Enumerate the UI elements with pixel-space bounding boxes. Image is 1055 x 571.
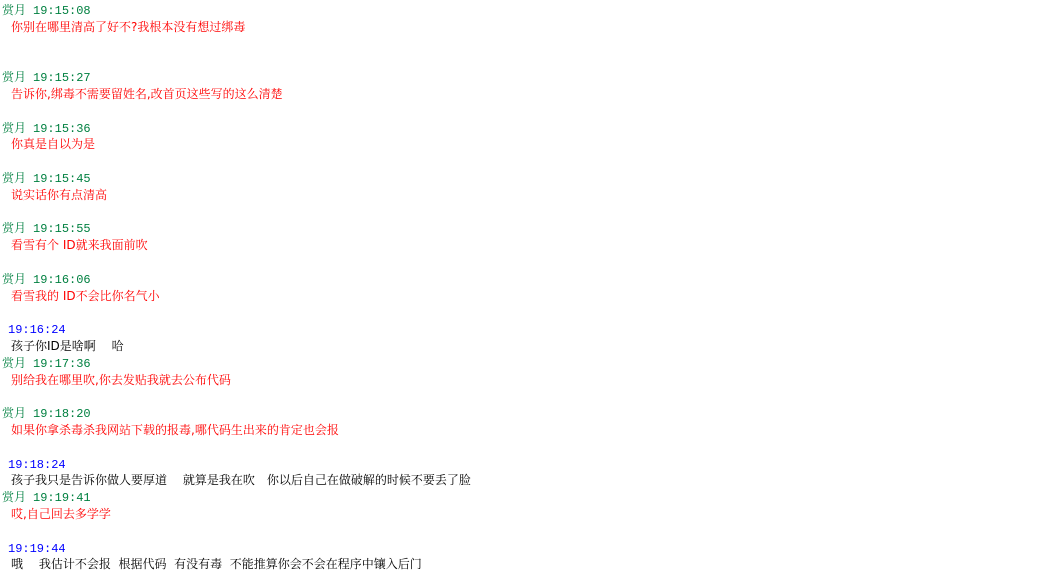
message-header: 赏月19:17:36 (0, 355, 1055, 372)
message-header: 赏月19:18:20 (0, 405, 1055, 422)
message-text: 如果你拿杀毒杀我网站下载的报毒,哪代码生出来的肯定也会报 (0, 422, 1055, 439)
message-text: 哦 我估计不会报 根据代码 有没有毒 不能推算你会不会在程序中镶入后门 (0, 556, 1055, 571)
chat-message: 赏月19:16:06 看雪我的 ID不会比你名气小 (0, 271, 1055, 305)
chat-message: 赏月19:18:20 如果你拿杀毒杀我网站下载的报毒,哪代码生出来的肯定也会报 (0, 405, 1055, 439)
message-header: 19:18:24 (0, 456, 1055, 473)
timestamp: 19:19:44 (8, 542, 66, 556)
message-text: 你别在哪里清高了好不?我根本没有想过绑毒 (0, 19, 1055, 36)
message-text: 哎,自己回去多学学 (0, 506, 1055, 523)
chat-message: 赏月19:19:41 哎,自己回去多学学 (0, 489, 1055, 523)
timestamp: 19:15:36 (33, 122, 91, 136)
chat-message: 赏月19:17:36 别给我在哪里吹,你去发贴我就去公布代码 (0, 355, 1055, 389)
message-text: 别给我在哪里吹,你去发贴我就去公布代码 (0, 372, 1055, 389)
chat-message: 19:18:24 孩子我只是告诉你做人要厚道 就算是我在吹 你以后自己在做破解的… (0, 456, 1055, 490)
timestamp: 19:15:55 (33, 222, 91, 236)
message-header: 赏月19:15:08 (0, 2, 1055, 19)
chat-message: 赏月19:15:55 看雪有个 ID就来我面前吹 (0, 220, 1055, 254)
timestamp: 19:18:24 (8, 458, 66, 472)
chat-message: 赏月19:15:36 你真是自以为是 (0, 120, 1055, 154)
sender-name: 赏月 (2, 356, 26, 370)
message-text: 你真是自以为是 (0, 136, 1055, 153)
timestamp: 19:15:45 (33, 172, 91, 186)
message-header: 赏月19:15:45 (0, 170, 1055, 187)
sender-name: 赏月 (2, 490, 26, 504)
chat-message: 赏月19:15:27 告诉你,绑毒不需要留姓名,改首页这些写的这么清楚 (0, 69, 1055, 103)
timestamp: 19:16:06 (33, 273, 91, 287)
message-header: 赏月19:15:55 (0, 220, 1055, 237)
chat-log: 赏月19:15:08 你别在哪里清高了好不?我根本没有想过绑毒 赏月19:15:… (0, 0, 1055, 571)
message-header: 赏月19:19:41 (0, 489, 1055, 506)
message-text: 孩子我只是告诉你做人要厚道 就算是我在吹 你以后自己在做破解的时候不要丢了脸 (0, 472, 1055, 489)
sender-name: 赏月 (2, 272, 26, 286)
sender-name: 赏月 (2, 171, 26, 185)
timestamp: 19:18:20 (33, 407, 91, 421)
message-header: 19:16:24 (0, 321, 1055, 338)
message-text: 看雪我的 ID不会比你名气小 (0, 288, 1055, 305)
sender-name: 赏月 (2, 406, 26, 420)
timestamp: 19:17:36 (33, 357, 91, 371)
sender-name: 赏月 (2, 70, 26, 84)
sender-name: 赏月 (2, 121, 26, 135)
sender-name: 赏月 (2, 221, 26, 235)
message-header: 赏月19:16:06 (0, 271, 1055, 288)
chat-message: 19:19:44 哦 我估计不会报 根据代码 有没有毒 不能推算你会不会在程序中… (0, 540, 1055, 571)
chat-message: 19:16:24 孩子你ID是啥啊 哈 (0, 321, 1055, 355)
timestamp: 19:15:27 (33, 71, 91, 85)
message-text: 孩子你ID是啥啊 哈 (0, 338, 1055, 355)
message-text: 告诉你,绑毒不需要留姓名,改首页这些写的这么清楚 (0, 86, 1055, 103)
sender-name: 赏月 (2, 3, 26, 17)
chat-message: 赏月19:15:08 你别在哪里清高了好不?我根本没有想过绑毒 (0, 2, 1055, 36)
message-header: 19:19:44 (0, 540, 1055, 557)
timestamp: 19:16:24 (8, 323, 66, 337)
chat-message: 赏月19:15:45 说实话你有点清高 (0, 170, 1055, 204)
message-text: 说实话你有点清高 (0, 187, 1055, 204)
timestamp: 19:19:41 (33, 491, 91, 505)
message-header: 赏月19:15:36 (0, 120, 1055, 137)
message-header: 赏月19:15:27 (0, 69, 1055, 86)
message-text: 看雪有个 ID就来我面前吹 (0, 237, 1055, 254)
timestamp: 19:15:08 (33, 4, 91, 18)
